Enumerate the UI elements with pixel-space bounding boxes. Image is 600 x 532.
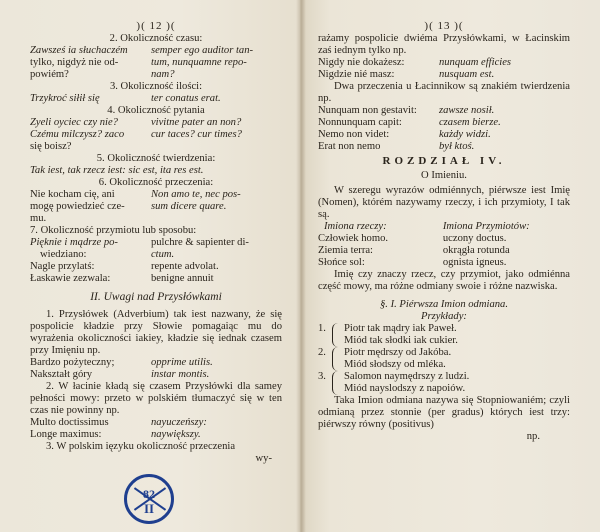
example-line: Salomon naymędrszy z ludzi. <box>344 371 469 383</box>
polish-text: Zawsześ ia słuchaczém <box>30 45 151 57</box>
latin-text: vivitne pater an non? <box>151 117 282 129</box>
table-row: Słońce sol:ognista igneus. <box>318 257 570 269</box>
brace <box>332 371 341 395</box>
table-header: Imiona rzeczy:Imiona Przymiotów: <box>318 221 570 233</box>
example-row: Erat non nemobył ktoś. <box>318 141 570 153</box>
section-title: II. Uwagi nad Przysłówkami <box>30 291 282 303</box>
example-row: Nunquam non gestavit:zawsze nosił. <box>318 105 570 117</box>
latin-text: Longe maximus: <box>30 429 151 441</box>
table-row: Człowiek homo.uczony doctus. <box>318 233 570 245</box>
latin-text: nunquam efficies <box>439 57 570 69</box>
left-page-content: )( 12 )( 2. Okoliczność czasu: Zawsześ i… <box>30 20 282 465</box>
latin-text: Nonnunquam capit: <box>318 117 439 129</box>
chapter-subtitle: O Imieniu. <box>318 170 570 182</box>
example-row: Nie kocham cię, aniNon amo te, nec pos- <box>30 189 282 201</box>
latin-text: cur taces? cur times? <box>151 129 282 141</box>
paragraph-end: np. <box>318 431 570 443</box>
example-row: wiedziano:ctum. <box>30 249 282 261</box>
polish-text: Bardzo pożyteczny; <box>30 357 151 369</box>
polish-text: czasem bierze. <box>439 117 570 129</box>
paragraph: Taka Imion odmiana nazywa się Stopniowan… <box>318 395 570 431</box>
example-row: się boisz? <box>30 141 282 153</box>
example-number: 1. <box>318 323 332 347</box>
column-header: Imiona Przymiotów: <box>429 221 570 233</box>
polish-text: był ktoś. <box>439 141 570 153</box>
example-row: Nakształt góryinstar montis. <box>30 369 282 381</box>
left-page: )( 12 )( 2. Okoliczność czasu: Zawsześ i… <box>0 0 300 532</box>
table-cell: Słońce sol: <box>318 257 429 269</box>
table-cell: Człowiek homo. <box>318 233 429 245</box>
example-row: Nigdzie nié masz:nusquam est. <box>318 69 570 81</box>
example-row: Zawsześ ia słuchaczémsemper ego auditor … <box>30 45 282 57</box>
example-line: Piotr mędrszy od Jakóba. <box>344 347 451 359</box>
latin-text: repente advolat. <box>151 261 282 273</box>
polish-text: Nie kocham cię, ani <box>30 189 151 201</box>
polish-text: Trzykroć siłił się <box>30 93 151 105</box>
latin-text: nam? <box>151 69 282 81</box>
examples-label: Przykłady: <box>318 311 570 323</box>
table-row: Ziemia terra:okrągła rotunda <box>318 245 570 257</box>
example-group: 3. Salomon naymędrszy z ludzi.Miód naysl… <box>318 371 570 395</box>
example-line: Miód nayslodszy z napoiów. <box>344 383 469 395</box>
paragraph: W szeregu wyrazów odmiénnych, piérwsze i… <box>318 185 570 221</box>
paragraph: Imię czy znaczy rzecz, czy przymiot, jak… <box>318 269 570 293</box>
latin-text: Nunquam non gestavit: <box>318 105 439 117</box>
example-row: Bardzo pożyteczny;opprime utilis. <box>30 357 282 369</box>
example-number: 2. <box>318 347 332 371</box>
section-heading: 5. Okoliczność twierdzenia: <box>30 153 282 165</box>
chapter-title: ROZDZIAŁ IV. <box>318 155 570 167</box>
latin-text: semper ego auditor tan- <box>151 45 282 57</box>
latin-text <box>151 213 282 225</box>
latin-text: tum, nunquamne repo- <box>151 57 282 69</box>
polish-text: zawsze nosił. <box>439 105 570 117</box>
latin-text: Erat non nemo <box>318 141 439 153</box>
page-number: )( 12 )( <box>30 20 282 32</box>
example-row: mu. <box>30 213 282 225</box>
column-header: Imiona rzeczy: <box>318 221 429 233</box>
page-number: )( 13 )( <box>318 20 570 32</box>
latin-text: ctum. <box>151 249 282 261</box>
library-stamp: 82 II <box>124 474 174 524</box>
paragraph: 2. W łacinie kładą się czasem Przysłówki… <box>30 381 282 417</box>
example-row: powiém?nam? <box>30 69 282 81</box>
example-row: Nigdy nie dokażesz:nunquam efficies <box>318 57 570 69</box>
example-line: Piotr tak mądry iak Paweł. <box>344 323 458 335</box>
example-line: Tak iest, tak rzecz iest: sic est, ita r… <box>30 165 282 177</box>
latin-text: Non amo te, nec pos- <box>151 189 282 201</box>
polish-text: Czému milczysz? zaco <box>30 129 151 141</box>
polish-text: tylko, nigdyż nie od- <box>30 57 151 69</box>
latin-text: opprime utilis. <box>151 357 282 369</box>
right-page-content: )( 13 )( rażamy pospolicie dwiéma Przysł… <box>318 20 570 443</box>
polish-text: naywiększy. <box>151 429 282 441</box>
polish-text: Nigdzie nié masz: <box>318 69 439 81</box>
example-row: Zyeli oyciec czy nie?vivitne pater an no… <box>30 117 282 129</box>
book-gutter <box>296 0 306 532</box>
stamp-mark: II <box>127 501 171 517</box>
section-heading: 3. Okoliczność ilości: <box>30 81 282 93</box>
polish-text: Łaskawie zezwala: <box>30 273 151 285</box>
brace <box>332 347 341 371</box>
example-group: 2. Piotr mędrszy od Jakóba.Miód słodszy … <box>318 347 570 371</box>
latin-text <box>151 141 282 153</box>
example-line: Miód słodszy od mléka. <box>344 359 451 371</box>
polish-text: mogę powiedzieć cze- <box>30 201 151 213</box>
paragraph: 3. W polskim ięzyku okoliczność przeczen… <box>30 441 282 453</box>
example-line: Miód tak słodki iak cukier. <box>344 335 458 347</box>
polish-text: się boisz? <box>30 141 151 153</box>
polish-text: powiém? <box>30 69 151 81</box>
example-group: 1. Piotr tak mądry iak Paweł.Miód tak sł… <box>318 323 570 347</box>
example-row: Nonnunquam capit:czasem bierze. <box>318 117 570 129</box>
latin-text: instar montis. <box>151 369 282 381</box>
paragraph: 1. Przysłówek (Adverbium) tak iest nazwa… <box>30 309 282 357</box>
example-row: Longe maximus:naywiększy. <box>30 429 282 441</box>
polish-text: Nakształt góry <box>30 369 151 381</box>
latin-text: benigne annuit <box>151 273 282 285</box>
polish-text: mu. <box>30 213 151 225</box>
latin-text: ter conatus erat. <box>151 93 282 105</box>
section-heading: 7. Okoliczność przymiotu lub sposobu: <box>30 225 282 237</box>
stamp-number: 82 <box>127 487 171 502</box>
polish-text: Nagle przylatś: <box>30 261 151 273</box>
polish-text: nayuczeńszy: <box>151 417 282 429</box>
table-cell: uczony doctus. <box>429 233 570 245</box>
latin-text: sum dicere quare. <box>151 201 282 213</box>
table-cell: ognista igneus. <box>429 257 570 269</box>
section-heading: 4. Okoliczność pytania <box>30 105 282 117</box>
paragraph: Dwa przeczenia u Łacinnikow są znakiém t… <box>318 81 570 105</box>
latin-text: pulchre & sapienter di- <box>151 237 282 249</box>
book-spread: )( 12 )( 2. Okoliczność czasu: Zawsześ i… <box>0 0 600 532</box>
catchword: wy- <box>30 453 282 465</box>
example-row: tylko, nigdyż nie od-tum, nunquamne repo… <box>30 57 282 69</box>
latin-text: Nemo non videt: <box>318 129 439 141</box>
example-row: Nagle przylatś:repente advolat. <box>30 261 282 273</box>
example-row: Czému milczysz? zacocur taces? cur times… <box>30 129 282 141</box>
section-title: §. I. Piérwsza Imion odmiana. <box>318 299 570 311</box>
example-row: Nemo non videt:każdy widzi. <box>318 129 570 141</box>
polish-text: wiedziano: <box>30 249 151 261</box>
section-heading: 2. Okoliczność czasu: <box>30 33 282 45</box>
polish-text: Zyeli oyciec czy nie? <box>30 117 151 129</box>
example-number: 3. <box>318 371 332 395</box>
latin-text: Multo doctissimus <box>30 417 151 429</box>
example-row: Pięknie i mądrze po-pulchre & sapienter … <box>30 237 282 249</box>
example-row: mogę powiedzieć cze-sum dicere quare. <box>30 201 282 213</box>
example-row: Łaskawie zezwala:benigne annuit <box>30 273 282 285</box>
right-page: )( 13 )( rażamy pospolicie dwiéma Przysł… <box>300 0 600 532</box>
latin-text: nusquam est. <box>439 69 570 81</box>
polish-text: Pięknie i mądrze po- <box>30 237 151 249</box>
table-cell: Ziemia terra: <box>318 245 429 257</box>
paragraph: rażamy pospolicie dwiéma Przysłówkami, w… <box>318 33 570 57</box>
example-row: Trzykroć siłił sięter conatus erat. <box>30 93 282 105</box>
polish-text: Nigdy nie dokażesz: <box>318 57 439 69</box>
example-row: Multo doctissimusnayuczeńszy: <box>30 417 282 429</box>
section-heading: 6. Okoliczność przeczenia: <box>30 177 282 189</box>
brace <box>332 323 341 347</box>
table-cell: okrągła rotunda <box>429 245 570 257</box>
polish-text: każdy widzi. <box>439 129 570 141</box>
